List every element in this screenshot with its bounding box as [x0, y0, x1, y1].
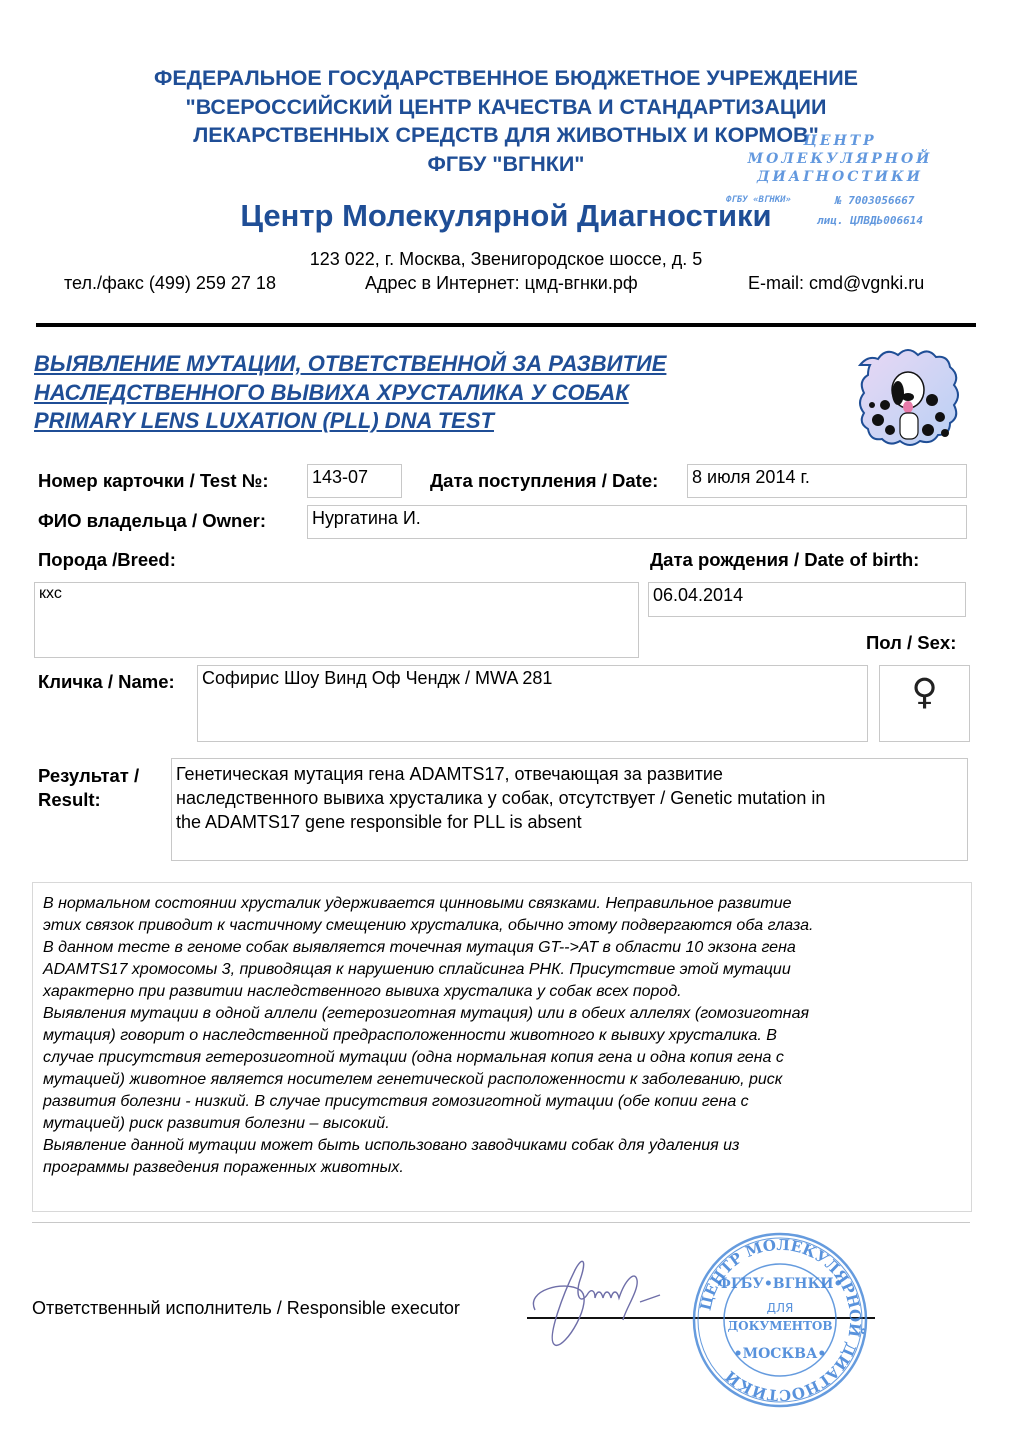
round-seal-icon: ЦЕНТР МОЛЕКУЛЯРНОЙ ДИАГНОСТИКИ ФГБУ•ВГНК… — [690, 1230, 870, 1410]
email: E-mail: cmd@vgnki.ru — [748, 273, 924, 294]
dalmatian-logo-icon — [850, 345, 965, 457]
description-line: случае присутствия гетерозиготной мутаци… — [43, 1047, 961, 1069]
svg-text:•МОСКВА•: •МОСКВА• — [734, 1346, 827, 1362]
center-stamp: ЦЕНТР МОЛЕКУЛЯРНОЙ ДИАГНОСТИКИ — [740, 132, 940, 186]
dob-field: 06.04.2014 — [648, 582, 966, 617]
description-line: мутацией) животное является носителем ге… — [43, 1069, 961, 1091]
description-line: В нормальном состоянии хрусталик удержив… — [43, 893, 961, 915]
date-field: 8 июля 2014 г. — [687, 464, 967, 498]
result-label-line: Result: — [38, 788, 139, 812]
stamp-line: МОЛЕКУЛЯРНОЙ — [740, 150, 940, 168]
result-label-line: Результат / — [38, 764, 139, 788]
test-number-label: Номер карточки / Test №: — [38, 470, 268, 492]
name-label: Кличка / Name: — [38, 671, 175, 693]
stamp-license: лиц. ЦЛВДЬ006614 — [817, 214, 923, 227]
owner-label: ФИО владельца / Owner: — [38, 510, 266, 532]
description-line: характерно при развитии наследственного … — [43, 981, 961, 1003]
description-line: программы разведения пораженных животных… — [43, 1157, 961, 1179]
title-line: НАСЛЕДСТВЕННОГО ВЫВИХА ХРУСТАЛИКА У СОБА… — [34, 379, 666, 408]
result-line: наследственного вывиха хрусталика у соба… — [176, 786, 963, 810]
document-title: ВЫЯВЛЕНИЕ МУТАЦИИ, ОТВЕТСТВЕННОЙ ЗА РАЗВ… — [34, 350, 666, 436]
org-line: ФЕДЕРАЛЬНОЕ ГОСУДАРСТВЕННОЕ БЮДЖЕТНОЕ УЧ… — [0, 64, 1012, 93]
svg-text:ДОКУМЕНТОВ: ДОКУМЕНТОВ — [727, 1319, 832, 1333]
footer-divider — [32, 1222, 970, 1223]
org-line: "ВСЕРОССИЙСКИЙ ЦЕНТР КАЧЕСТВА И СТАНДАРТ… — [0, 93, 1012, 122]
result-field: Генетическая мутация гена ADAMTS17, отве… — [171, 758, 968, 861]
sex-label: Пол / Sex: — [866, 632, 956, 654]
test-description: В нормальном состоянии хрусталик удержив… — [32, 882, 972, 1212]
female-symbol-icon: ♀ — [879, 665, 970, 742]
description-line: этих связок приводит к частичному смещен… — [43, 915, 961, 937]
result-line: the ADAMTS17 gene responsible for PLL is… — [176, 810, 963, 834]
test-number-field: 143-07 — [307, 464, 402, 498]
description-line: Выявление данной мутации может быть испо… — [43, 1135, 961, 1157]
address: 123 022, г. Москва, Звенигородское шоссе… — [0, 249, 1012, 270]
description-line: мутация) говорит о наследственной предра… — [43, 1025, 961, 1047]
description-line: В данном тесте в геноме собак выявляется… — [43, 937, 961, 959]
dob-label: Дата рождения / Date of birth: — [650, 549, 919, 571]
phone: тел./факс (499) 259 27 18 — [64, 273, 276, 294]
date-label: Дата поступления / Date: — [430, 470, 658, 492]
description-line: развития болезни - низкий. В случае прис… — [43, 1091, 961, 1113]
stamp-line: ЦЕНТР — [740, 132, 940, 150]
svg-text:ДЛЯ: ДЛЯ — [767, 1301, 794, 1315]
executor-label: Ответственный исполнитель / Responsible … — [32, 1298, 460, 1319]
breed-field: кхс — [34, 582, 639, 658]
signature-icon — [525, 1250, 675, 1360]
owner-field: Нургатина И. — [307, 505, 967, 539]
website: Адрес в Интернет: цмд-вгнки.рф — [365, 273, 638, 294]
title-line: ВЫЯВЛЕНИЕ МУТАЦИИ, ОТВЕТСТВЕННОЙ ЗА РАЗВ… — [34, 350, 666, 379]
stamp-org: ФГБУ «ВГНКИ» — [726, 195, 791, 205]
result-label: Результат / Result: — [38, 764, 139, 812]
description-line: мутацией) риск развития болезни – высоки… — [43, 1113, 961, 1135]
title-line: PRIMARY LENS LUXATION (PLL) DNA TEST — [34, 407, 666, 436]
svg-text:ФГБУ•ВГНКИ•: ФГБУ•ВГНКИ• — [718, 1276, 843, 1292]
result-line: Генетическая мутация гена ADAMTS17, отве… — [176, 762, 963, 786]
stamp-number: № 7003056667 — [835, 194, 914, 207]
breed-label: Порода /Breed: — [38, 549, 176, 571]
name-field: Софирис Шоу Винд Оф Чендж / MWA 281 — [197, 665, 868, 742]
header-divider — [36, 323, 976, 327]
stamp-line: ДИАГНОСТИКИ — [740, 168, 940, 186]
description-line: Выявления мутации в одной аллели (гетеро… — [43, 1003, 961, 1025]
description-line: ADAMTS17 хромосомы 3, приводящая к наруш… — [43, 959, 961, 981]
